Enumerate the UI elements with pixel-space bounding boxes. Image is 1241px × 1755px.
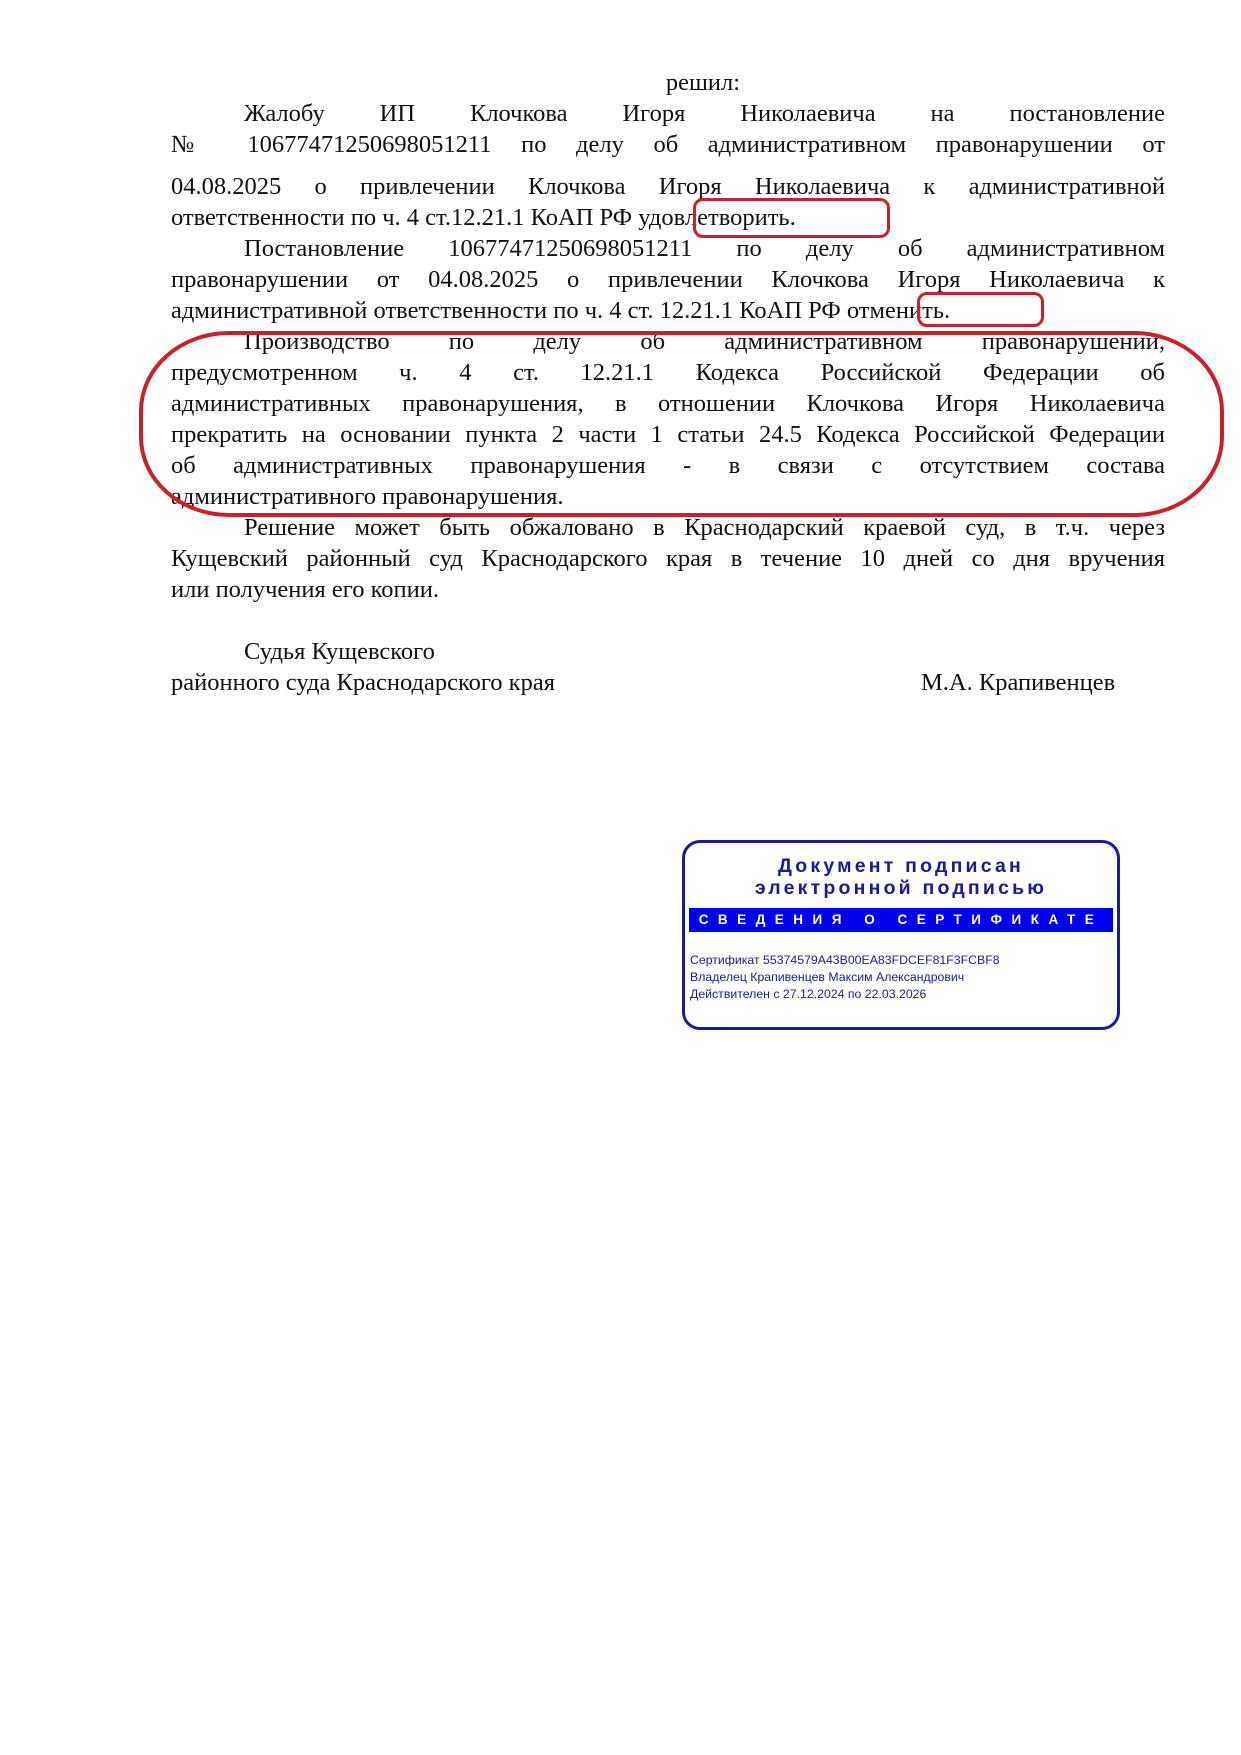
paragraph-1-line-1: Жалобу ИП Клочкова Игоря Николаевича на … xyxy=(171,98,1165,129)
red-annotation-box-cancel xyxy=(917,292,1044,327)
paragraph-1-line-4-text: ответственности по ч. 4 ст.12.21.1 КоАП … xyxy=(171,204,632,231)
stamp-validity: Действителен с 27.12.2024 по 22.03.2026 xyxy=(690,986,926,1003)
paragraph-4-line-2: Кущевский районный суд Краснодарского кр… xyxy=(171,543,1165,574)
decision-heading: решил: xyxy=(171,67,1165,98)
paragraph-2-line-3-text: административной ответственности по ч. 4… xyxy=(171,297,841,324)
paragraph-4-line-3: или получения его копии. xyxy=(171,574,1165,605)
red-annotation-ellipse-termination xyxy=(139,331,1224,517)
stamp-certificate-number: Сертификат 55374579A43B00EA83FDCEF81F3FC… xyxy=(690,952,1000,969)
judge-name: М.А. Крапивенцев xyxy=(921,667,1115,698)
document-page: решил: Жалобу ИП Клочкова Игоря Николаев… xyxy=(0,0,1241,1755)
paragraph-4-line-1: Решение может быть обжаловано в Краснода… xyxy=(171,512,1165,543)
stamp-title-line-2: электронной подписью xyxy=(685,877,1117,899)
paragraph-1-line-3: 04.08.2025 о привлечении Клочкова Игоря … xyxy=(171,171,1165,202)
paragraph-2-line-2: правонарушении от 04.08.2025 о привлечен… xyxy=(171,264,1165,295)
judge-title-line-1: Судья Кущевского xyxy=(244,636,435,667)
stamp-owner: Владелец Крапивенцев Максим Александрови… xyxy=(690,969,964,986)
stamp-title-line-1: Документ подписан xyxy=(685,855,1117,877)
judge-title-line-2: районного суда Краснодарского края xyxy=(171,667,555,698)
electronic-signature-stamp: Документ подписан электронной подписью С… xyxy=(682,840,1120,1030)
paragraph-1-line-2: № 10677471250698051211 по делу об админи… xyxy=(171,129,1165,160)
paragraph-1-line-4: ответственности по ч. 4 ст.12.21.1 КоАП … xyxy=(171,202,1165,233)
paragraph-2-line-1: Постановление 10677471250698051211 по де… xyxy=(171,233,1165,264)
stamp-certificate-bar: СВЕДЕНИЯ О СЕРТИФИКАТЕ ЭП xyxy=(689,908,1113,932)
red-annotation-box-satisfy xyxy=(693,198,890,238)
